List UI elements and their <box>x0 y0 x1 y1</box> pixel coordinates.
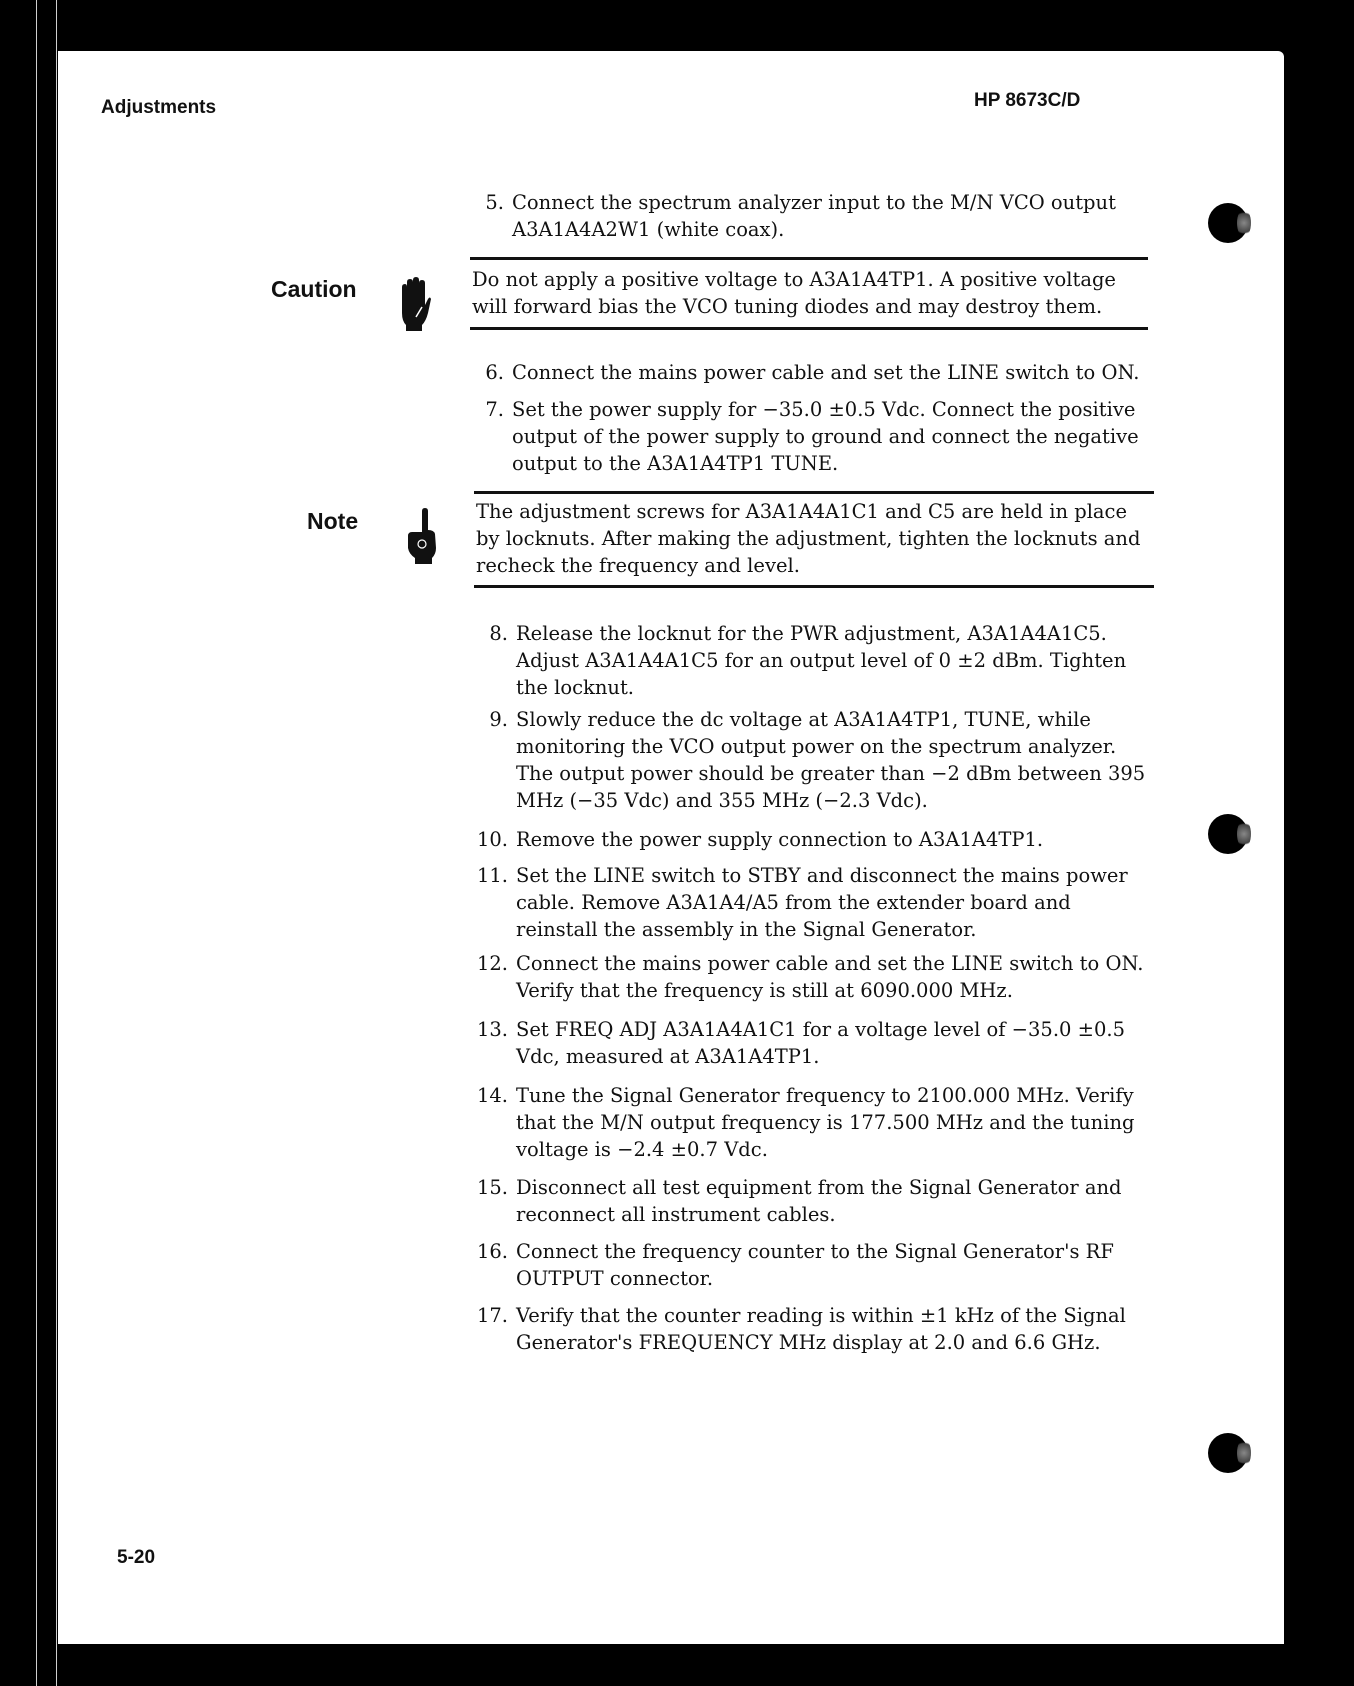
step-text: Tune the Signal Generator frequency to 2… <box>516 1082 1146 1163</box>
step-text: Connect the frequency counter to the Sig… <box>516 1238 1146 1292</box>
step-text: Connect the mains power cable and set th… <box>512 359 1140 386</box>
pointing-hand-icon <box>406 508 438 568</box>
page-number: 5-20 <box>117 1547 155 1569</box>
step-item: 7. Set the power supply for −35.0 ±0.5 V… <box>470 396 1140 477</box>
stop-hand-icon <box>398 277 432 335</box>
step-number: 14. <box>474 1082 516 1163</box>
step-text: Connect the mains power cable and set th… <box>516 950 1152 1004</box>
step-item: 14. Tune the Signal Generator frequency … <box>474 1082 1146 1163</box>
step-number: 7. <box>470 396 512 477</box>
caution-bottom-rule <box>470 327 1148 330</box>
step-item: 11. Set the LINE switch to STBY and disc… <box>474 862 1146 943</box>
step-number: 13. <box>474 1016 516 1070</box>
step-text: Slowly reduce the dc voltage at A3A1A4TP… <box>516 706 1146 814</box>
step-item: 17. Verify that the counter reading is w… <box>474 1302 1146 1356</box>
note-top-rule <box>474 491 1154 494</box>
step-item: 12. Connect the mains power cable and se… <box>474 950 1152 1004</box>
step-text: Remove the power supply connection to A3… <box>516 826 1146 853</box>
step-number: 10. <box>474 826 516 853</box>
note-bottom-rule <box>474 585 1154 588</box>
step-number: 11. <box>474 862 516 943</box>
step-text: Disconnect all test equipment from the S… <box>516 1174 1146 1228</box>
step-number: 15. <box>474 1174 516 1228</box>
step-text: Set the power supply for −35.0 ±0.5 Vdc.… <box>512 396 1140 477</box>
step-item: 9. Slowly reduce the dc voltage at A3A1A… <box>474 706 1146 814</box>
binder-hole <box>1208 814 1248 854</box>
step-item: 13. Set FREQ ADJ A3A1A4A1C1 for a voltag… <box>474 1016 1152 1070</box>
step-text: Verify that the counter reading is withi… <box>516 1302 1146 1356</box>
note-text: The adjustment screws for A3A1A4A1C1 and… <box>476 498 1156 579</box>
caution-label: Caution <box>271 276 357 303</box>
step-item: 5. Connect the spectrum analyzer input t… <box>470 189 1130 243</box>
step-number: 9. <box>474 706 516 814</box>
caution-text: Do not apply a positive voltage to A3A1A… <box>472 266 1142 320</box>
note-label: Note <box>307 508 358 535</box>
step-item: 8. Release the locknut for the PWR adjus… <box>474 620 1144 701</box>
step-item: 10. Remove the power supply connection t… <box>474 826 1146 853</box>
step-number: 16. <box>474 1238 516 1292</box>
step-text: Connect the spectrum analyzer input to t… <box>512 189 1130 243</box>
model-header: HP 8673C/D <box>974 90 1080 112</box>
step-item: 15. Disconnect all test equipment from t… <box>474 1174 1146 1228</box>
step-item: 16. Connect the frequency counter to the… <box>474 1238 1146 1292</box>
step-number: 5. <box>470 189 512 243</box>
step-text: Set FREQ ADJ A3A1A4A1C1 for a voltage le… <box>516 1016 1152 1070</box>
binder-hole <box>1208 1433 1248 1473</box>
step-item: 6. Connect the mains power cable and set… <box>470 359 1140 386</box>
step-number: 12. <box>474 950 516 1004</box>
caution-top-rule <box>470 257 1148 260</box>
step-text: Set the LINE switch to STBY and disconne… <box>516 862 1146 943</box>
step-number: 8. <box>474 620 516 701</box>
section-title: Adjustments <box>101 97 216 119</box>
step-number: 17. <box>474 1302 516 1356</box>
step-number: 6. <box>470 359 512 386</box>
scan-edge-line <box>56 0 57 1686</box>
binder-hole <box>1208 203 1248 243</box>
scan-edge-line <box>36 0 37 1686</box>
step-text: Release the locknut for the PWR adjustme… <box>516 620 1144 701</box>
